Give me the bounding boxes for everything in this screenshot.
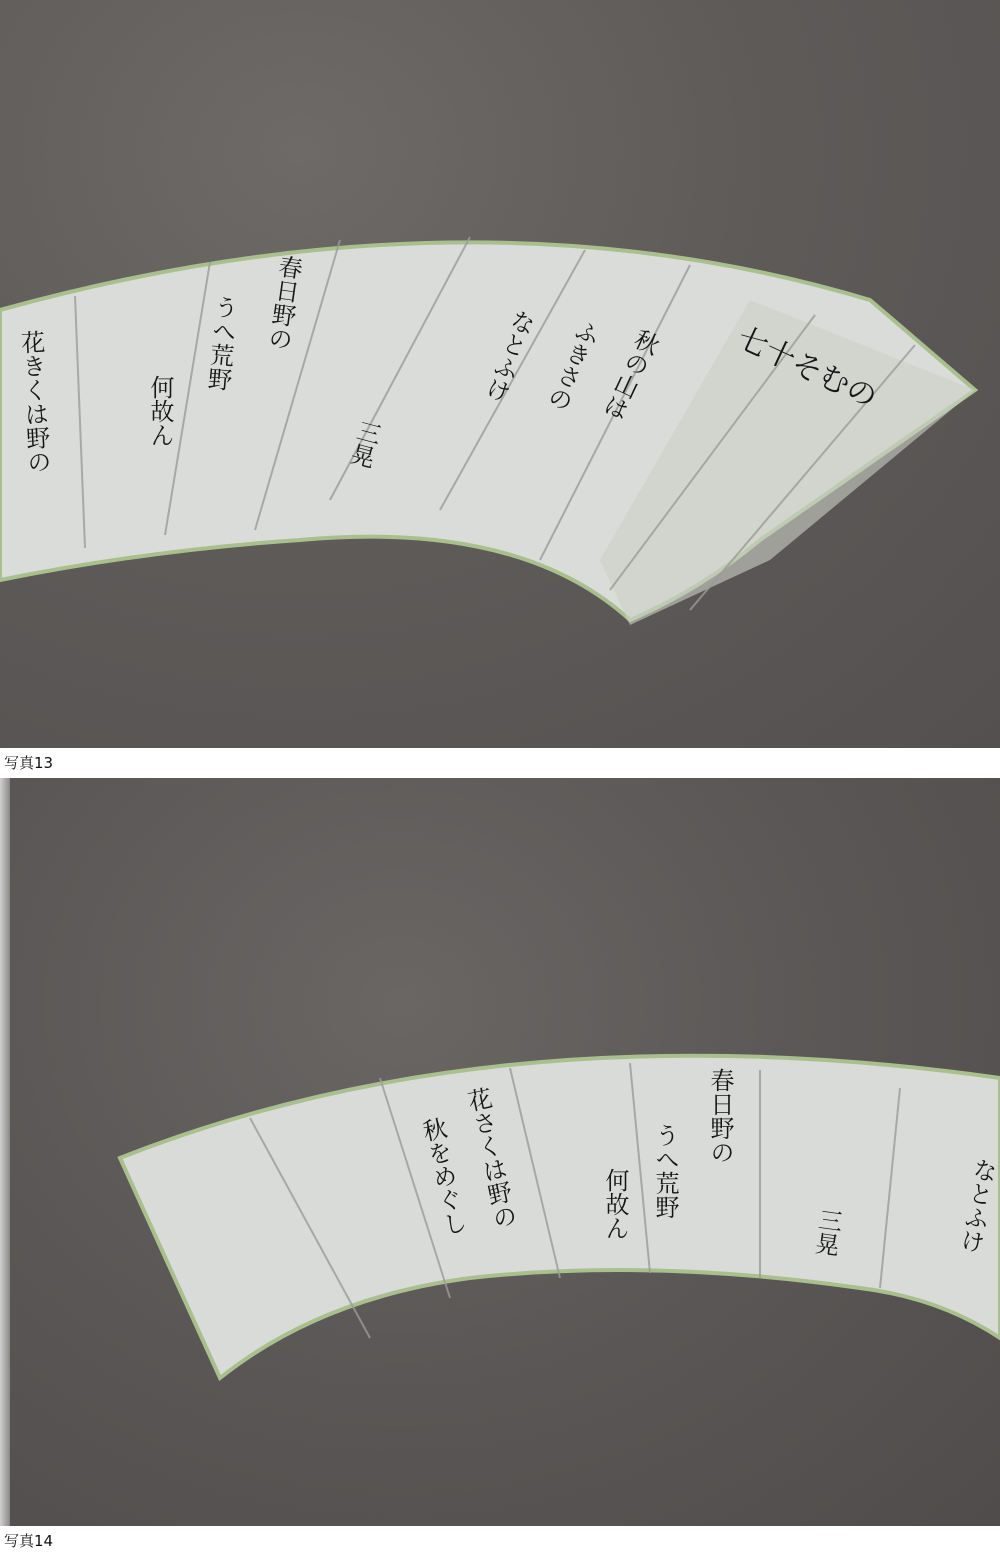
svg-text:何故ん: 何故ん [146, 375, 174, 447]
fan-image: 七十そむの 秋の山は ふきさの なとふけ 三晃 春日野の うへ荒野 何故ん 花き… [0, 0, 1000, 748]
photo-14: 花さくは野の 秋をめぐし 春日野の うへ荒野 何故ん なとふけ 三晃 [0, 778, 1000, 1526]
svg-text:何故ん: 何故ん [601, 1168, 629, 1240]
photo-13: 七十そむの 秋の山は ふきさの なとふけ 三晃 春日野の うへ荒野 何故ん 花き… [0, 0, 1000, 748]
svg-text:春日野の: 春日野の [706, 1068, 734, 1164]
svg-text:うへ荒野: うへ荒野 [651, 1123, 679, 1219]
photo-caption: 写真13 [0, 748, 1000, 778]
fan-image: 花さくは野の 秋をめぐし 春日野の うへ荒野 何故ん なとふけ 三晃 [0, 778, 1000, 1526]
photo-caption: 写真14 [0, 1526, 1000, 1556]
